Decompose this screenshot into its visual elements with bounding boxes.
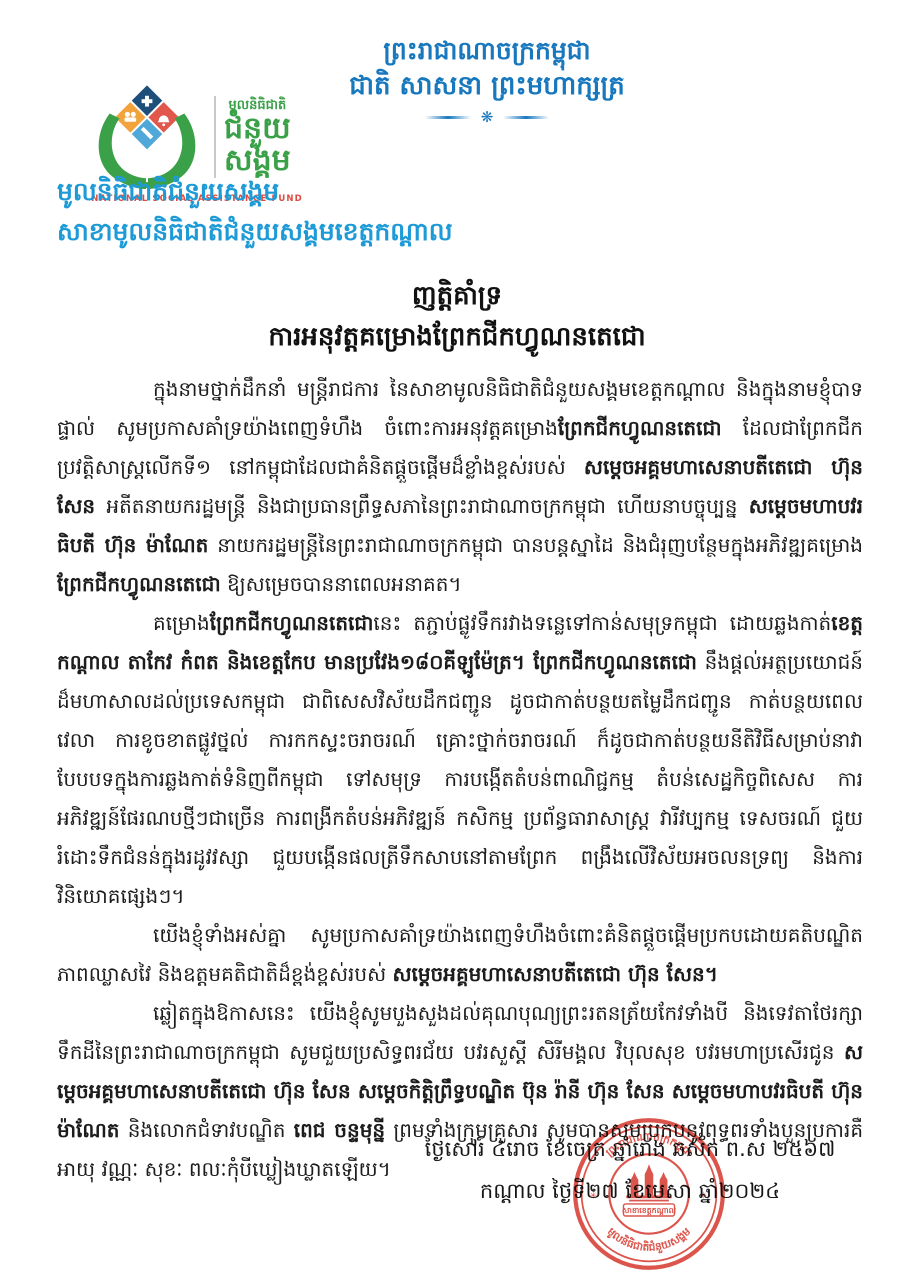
text-segment-bold: ព្រែកជីកហ្វូណនតេជោ xyxy=(558,416,722,440)
diamond-cluster-icon xyxy=(115,85,179,149)
ornament-line-left xyxy=(425,116,471,119)
stamp-bottom-text: មូលនិធិជាតិជំនួយសង្គម xyxy=(604,1225,693,1255)
text-segment: និងលោកជំទាវបណ្ឌិត xyxy=(120,1118,294,1142)
paragraph-2: គម្រោងព្រែកជីកហ្វូណនតេជោនេះ តភ្ជាប់ផ្លូវ… xyxy=(57,604,863,916)
title-line-2: ការអនុវត្តគម្រោងព្រែកជីកហ្វូណនតេជោ xyxy=(0,316,914,358)
text-segment: នេះ តភ្ជាប់ផ្លូវទឹករវាងទន្លេទៅកាន់សមុទ្រ… xyxy=(373,611,831,635)
official-stamp: ព្រះរាជាណាចក្រកម្ពុជា មូលនិធិជាតិជំនួយសង… xyxy=(571,1116,727,1272)
document-title: ញត្តិគាំទ្រ ការអនុវត្តគម្រោងព្រែកជីកហ្វូ… xyxy=(0,276,914,358)
logo-khmer-line-1: មូលនិធិជាតិ xyxy=(224,99,291,112)
title-line-1: ញត្តិគាំទ្រ xyxy=(0,276,914,316)
ornament-line-right xyxy=(503,116,549,119)
document-page: ព្រះរាជាណាចក្រកម្ពុជា ជាតិ សាសនា ព្រះមហា… xyxy=(0,0,914,1280)
logo-divider xyxy=(214,96,216,178)
text-segment-bold: ពេជ ចន្ទមុន្នី xyxy=(294,1118,385,1142)
stamp-banner-text: សាខាខេត្តកណ្តាល xyxy=(622,1206,677,1216)
logo-khmer-text: មូលនិធិជាតិ ជំនួយ សង្គម xyxy=(224,99,291,176)
text-segment-bold: សម្តេចអគ្គមហាសេនាបតីតេជោ ហ៊ុន សែន។ xyxy=(392,962,717,986)
organization-name: មូលនិធិជាតិជំនួយសង្គម xyxy=(57,172,453,212)
angkor-wat-icon xyxy=(626,1164,671,1201)
stamp-banner: សាខាខេត្តកណ្តាល xyxy=(622,1204,677,1216)
text-segment: នឹងផ្តល់អត្ថប្រយោជន៍ដ៏មហាសាលដល់ប្រទេសកម្… xyxy=(57,650,863,908)
text-segment-bold: ព្រែកជីកហ្វូណនតេជោ xyxy=(57,572,221,596)
paragraph-1: ក្នុងនាមថ្នាក់ដឹកនាំ មន្ត្រីរាជការ នៃសាខ… xyxy=(57,370,863,604)
text-segment: គម្រោង xyxy=(153,611,210,635)
text-segment: ឆ្លៀតក្នុងឱកាសនេះ យើងខ្ញុំសូមបួងសួងដល់គុ… xyxy=(57,1001,863,1064)
ornament-star-icon: ❋ xyxy=(481,110,494,125)
organization-branch: សាខាមូលនិធិជាតិជំនួយសង្គមខេត្តកណ្តាល xyxy=(57,212,453,252)
text-segment: ឱ្យសម្រេចបាននាពេលអនាគត។ xyxy=(221,572,462,596)
kingdom-motto-line-1: ព្រះរាជាណាចក្រកម្ពុជា xyxy=(60,34,914,68)
stamp-separator-right-icon: ✳ xyxy=(699,1190,707,1201)
text-segment: នាយករដ្ឋមន្ត្រីនៃព្រះរាជាណាចក្រកម្ពុជា ប… xyxy=(208,533,863,557)
paragraph-3: យើងខ្ញុំទាំងអស់គ្នា សូមប្រកាសគាំទ្រយ៉ាងព… xyxy=(57,916,863,994)
text-segment-bold: ព្រែកជីកហ្វូណនតេជោ xyxy=(210,611,374,635)
logo-khmer-line-3: សង្គម xyxy=(224,146,291,176)
logo-khmer-line-2: ជំនួយ xyxy=(224,114,291,144)
text-segment: អតីតនាយករដ្ឋមន្ត្រី និងជាប្រធានព្រឹទ្ធសភ… xyxy=(95,494,749,518)
stamp-separator-left-icon: ✳ xyxy=(589,1190,597,1201)
organization-block: មូលនិធិជាតិជំនួយសង្គម សាខាមូលនិធិជាតិជំន… xyxy=(57,172,453,252)
document-body: ក្នុងនាមថ្នាក់ដឹកនាំ មន្ត្រីរាជការ នៃសាខ… xyxy=(57,370,863,1189)
